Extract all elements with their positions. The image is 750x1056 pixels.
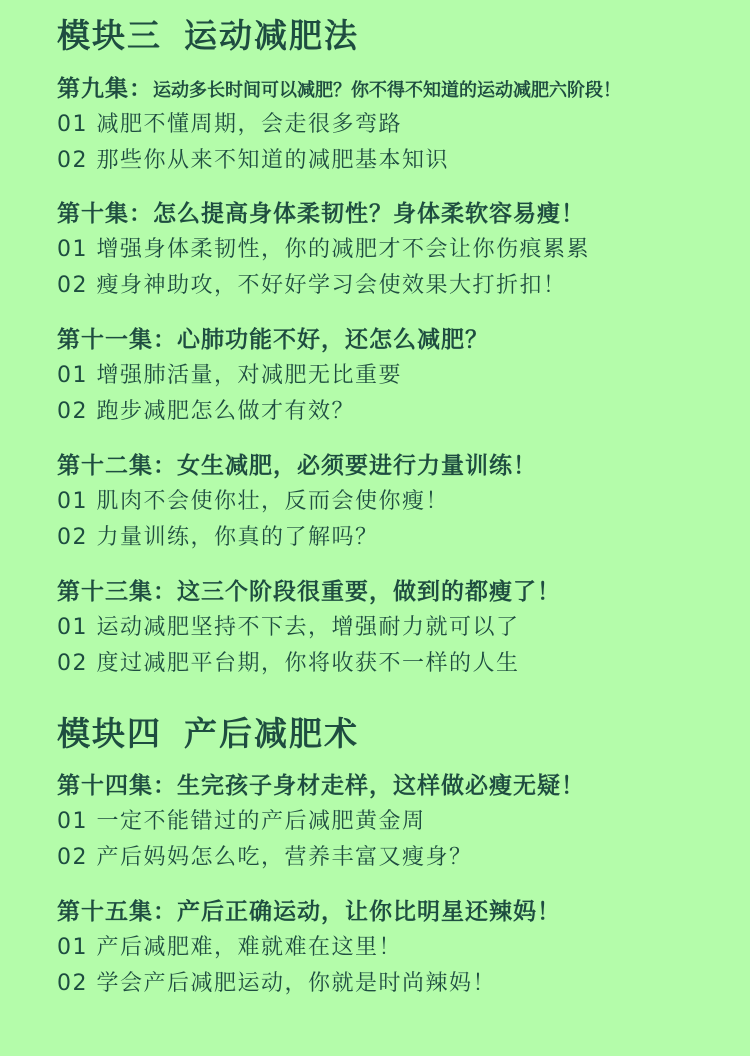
episode-title: 第十二集：女生减肥，必须要进行力量训练！ bbox=[57, 451, 537, 481]
lesson-item: 02 跑步减肥怎么做才有效？ bbox=[57, 397, 355, 427]
episode-label: 第十集： bbox=[57, 201, 153, 227]
episode-title: 第十三集：这三个阶段很重要，做到的都瘦了！ bbox=[57, 577, 561, 607]
module-name: 产后减肥术 bbox=[184, 714, 359, 753]
lesson-item: 01 运动减肥坚持不下去，增强耐力就可以了 bbox=[57, 613, 520, 643]
lesson-item: 01 增强身体柔韧性，你的减肥才不会让你伤痕累累 bbox=[57, 235, 590, 265]
episode-name: 怎么提高身体柔韧性？身体柔软容易瘦！ bbox=[153, 201, 585, 227]
lesson-item: 02 那些你从来不知道的减肥基本知识 bbox=[57, 146, 449, 176]
episode-name: 心肺功能不好，还怎么减肥？ bbox=[177, 327, 489, 353]
lesson-item: 02 力量训练，你真的了解吗？ bbox=[57, 523, 379, 553]
lesson-item: 01 一定不能错过的产后减肥黄金周 bbox=[57, 807, 426, 837]
lesson-item: 01 产后减肥难，难就难在这里！ bbox=[57, 933, 402, 963]
lesson-item: 01 减肥不懂周期，会走很多弯路 bbox=[57, 110, 402, 140]
lesson-item: 01 肌肉不会使你壮，反而会使你瘦！ bbox=[57, 487, 449, 517]
module-title: 模块四产后减肥术 bbox=[57, 714, 359, 754]
episode-label: 第十二集： bbox=[57, 453, 177, 479]
lesson-item: 02 度过减肥平台期，你将收获不一样的人生 bbox=[57, 649, 520, 679]
lesson-item: 02 学会产后减肥运动，你就是时尚辣妈！ bbox=[57, 969, 496, 999]
lesson-item: 01 增强肺活量，对减肥无比重要 bbox=[57, 361, 402, 391]
episode-name: 这三个阶段很重要，做到的都瘦了！ bbox=[177, 579, 561, 605]
episode-name: 女生减肥，必须要进行力量训练！ bbox=[177, 453, 537, 479]
episode-name: 运动多长时间可以减肥？你不得不知道的运动减肥六阶段！ bbox=[153, 80, 621, 101]
module-number: 模块四 bbox=[57, 714, 162, 753]
episode-label: 第十四集： bbox=[57, 773, 177, 799]
episode-label: 第九集： bbox=[57, 76, 153, 102]
lesson-item: 02 产后妈妈怎么吃，营养丰富又瘦身？ bbox=[57, 843, 473, 873]
episode-name: 生完孩子身材走样，这样做必瘦无疑！ bbox=[177, 773, 585, 799]
episode-title: 第十集：怎么提高身体柔韧性？身体柔软容易瘦！ bbox=[57, 199, 585, 229]
episode-title: 第十一集：心肺功能不好，还怎么减肥？ bbox=[57, 325, 489, 355]
module-title: 模块三运动减肥法 bbox=[57, 16, 359, 56]
module-number: 模块三 bbox=[57, 16, 162, 55]
episode-title: 第十五集：产后正确运动，让你比明星还辣妈！ bbox=[57, 897, 561, 927]
lesson-item: 02 瘦身神助攻，不好好学习会使效果大打折扣！ bbox=[57, 271, 567, 301]
episode-label: 第十一集： bbox=[57, 327, 177, 353]
episode-name: 产后正确运动，让你比明星还辣妈！ bbox=[177, 899, 561, 925]
episode-title: 第九集：运动多长时间可以减肥？你不得不知道的运动减肥六阶段！ bbox=[57, 74, 621, 106]
episode-label: 第十五集： bbox=[57, 899, 177, 925]
module-name: 运动减肥法 bbox=[184, 16, 359, 55]
episode-title: 第十四集：生完孩子身材走样，这样做必瘦无疑！ bbox=[57, 771, 585, 801]
episode-label: 第十三集： bbox=[57, 579, 177, 605]
